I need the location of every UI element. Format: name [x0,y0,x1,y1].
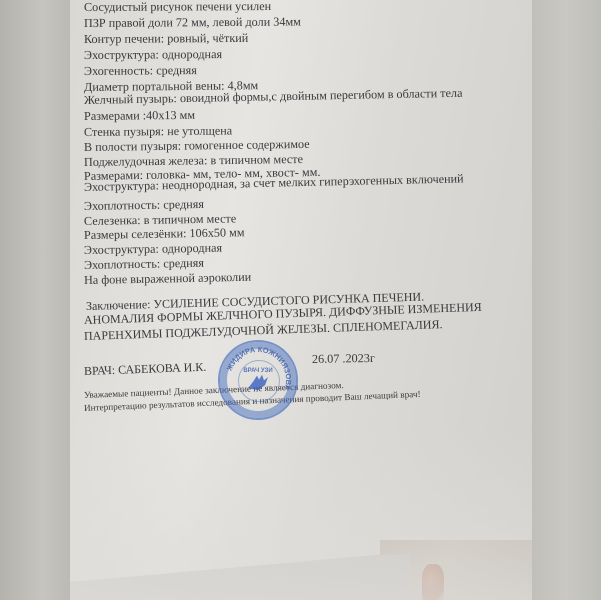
doctor-name: ВРАЧ: САБЕКОВА И.К. [84,360,207,379]
finding-line: Контур печени: ровный, чёткий [84,31,248,47]
report-paper: Сосудистый рисунок печени усилен ПЗР пра… [70,0,532,600]
background-left [0,0,70,600]
finger [422,564,444,600]
background-surface [380,540,532,600]
finding-line: ПЗР правой доли 72 мм, левой доли 34мм [84,14,301,31]
doctor-stamp: ЖИДИРА КОЖНИЯЗОВА ВРАЧ УЗИ [218,340,298,420]
report-date: 26.07 .2023г [312,351,375,367]
folded-corner [70,555,410,600]
paper-fold [70,540,532,600]
finding-line: Сосудистый рисунок печени усилен [84,0,271,15]
finding-line: На фоне выраженной аэроколии [84,270,252,288]
finding-line: Размерами :40х13 мм [84,108,195,124]
finding-line: Эхоструктура: однородная [84,47,222,63]
finding-line: Эхогенность: средняя [84,63,197,79]
background-right [532,0,601,600]
